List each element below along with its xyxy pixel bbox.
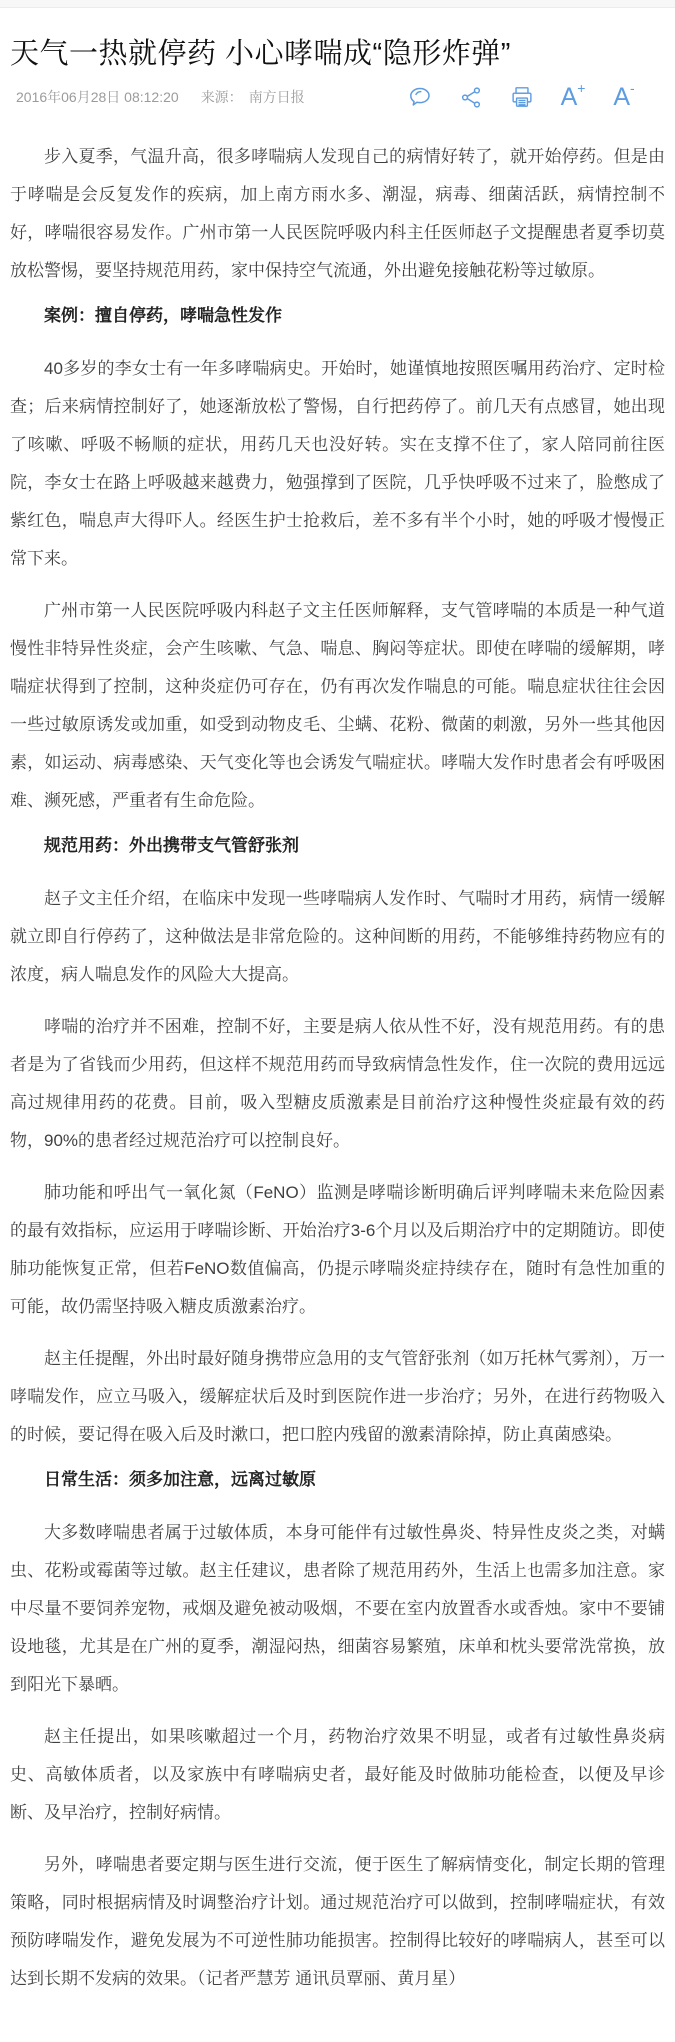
font-decrease-letter: A — [613, 85, 630, 110]
plus-sign: + — [577, 81, 585, 95]
section-heading: 日常生活：须多加注意，远离过敏原 — [10, 1468, 665, 1492]
source-name: 南方日报 — [249, 89, 305, 105]
article-meta: 2016年06月28日 08:12:20来源：南方日报 — [10, 87, 305, 107]
comment-icon — [407, 84, 433, 110]
share-button[interactable] — [458, 84, 484, 110]
top-border-bar — [0, 0, 675, 8]
comment-button[interactable] — [407, 84, 433, 110]
article-paragraph: 赵主任提醒，外出时最好随身携带应急用的支气管舒张剂（如万托林气雾剂），万一哮喘发… — [10, 1340, 665, 1454]
printer-icon — [509, 84, 535, 110]
article-toolbar: A+ A- — [407, 84, 665, 110]
meta-row: 2016年06月28日 08:12:20来源：南方日报 — [10, 82, 665, 112]
article-paragraph: 肺功能和呼出气一氧化氮（FeNO）监测是哮喘诊断明确后评判哮喘未来危险因素的最有… — [10, 1174, 665, 1326]
article-paragraph: 步入夏季，气温升高，很多哮喘病人发现自己的病情好转了，就开始停药。但是由于哮喘是… — [10, 138, 665, 290]
font-increase-button[interactable]: A+ — [560, 84, 586, 110]
article-page: 天气一热就停药 小心哮喘成“隐形炸弹” 2016年06月28日 08:12:20… — [0, 36, 675, 2042]
font-increase-letter: A — [561, 85, 578, 110]
article-paragraph: 赵主任提出，如果咳嗽超过一个月，药物治疗效果不明显，或者有过敏性鼻炎病史、高敏体… — [10, 1718, 665, 1832]
share-icon — [459, 85, 484, 110]
section-heading: 案例：擅自停药，哮喘急性发作 — [10, 304, 665, 328]
article-paragraph: 另外，哮喘患者要定期与医生进行交流，便于医生了解病情变化，制定长期的管理策略，同… — [10, 1846, 665, 1998]
article-paragraph: 赵子文主任介绍，在临床中发现一些哮喘病人发作时、气喘时才用药，病情一缓解就立即自… — [10, 880, 665, 994]
page-title: 天气一热就停药 小心哮喘成“隐形炸弹” — [10, 36, 665, 72]
article-paragraph: 哮喘的治疗并不困难，控制不好，主要是病人依从性不好，没有规范用药。有的患者是为了… — [10, 1008, 665, 1160]
article-paragraph: 广州市第一人民医院呼吸内科赵子文主任医师解释，支气管哮喘的本质是一种气道慢性非特… — [10, 592, 665, 820]
article-body: 步入夏季，气温升高，很多哮喘病人发现自己的病情好转了，就开始停药。但是由于哮喘是… — [10, 138, 665, 2042]
article-paragraph: 大多数哮喘患者属于过敏体质，本身可能伴有过敏性鼻炎、特异性皮炎之类，对螨虫、花粉… — [10, 1514, 665, 1704]
print-button[interactable] — [509, 84, 535, 110]
source-label: 来源： — [201, 89, 243, 105]
section-heading: 规范用药：外出携带支气管舒张剂 — [10, 834, 665, 858]
article-paragraph: 40多岁的李女士有一年多哮喘病史。开始时，她谨慎地按照医嘱用药治疗、定时检查；后… — [10, 350, 665, 578]
font-decrease-button[interactable]: A- — [611, 84, 637, 110]
minus-sign: - — [630, 81, 635, 95]
publish-datetime: 2016年06月28日 08:12:20 — [16, 89, 179, 105]
